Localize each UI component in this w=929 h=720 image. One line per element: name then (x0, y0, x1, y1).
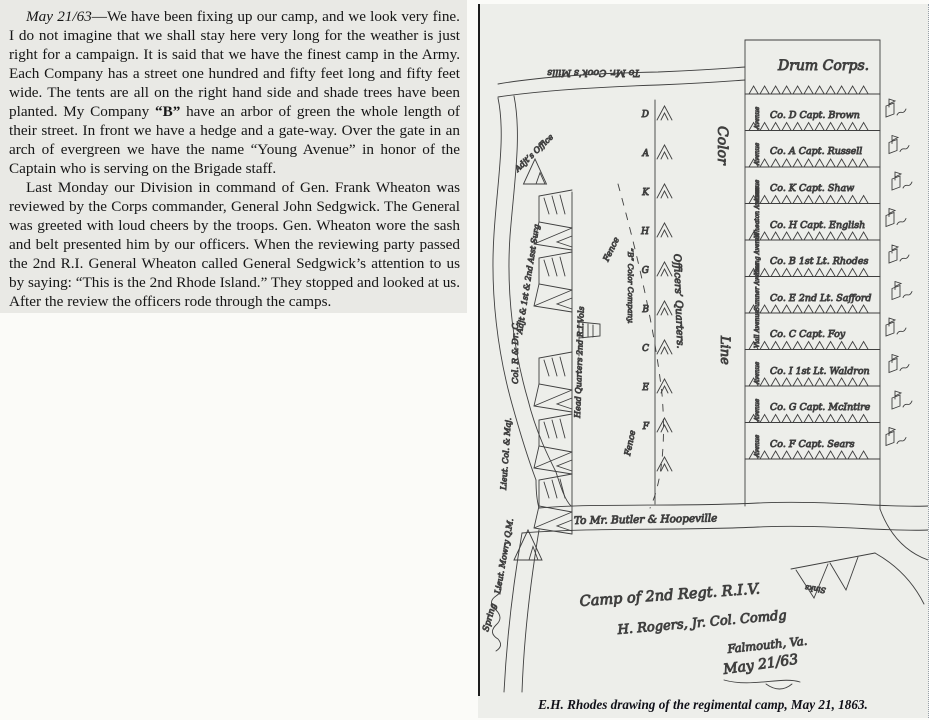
company-row-name: Co. I 1st Lt. Waldron (770, 366, 870, 377)
cook-house-icon (892, 391, 912, 409)
road-to-butler (504, 472, 928, 692)
avenue-label: Sumner Avenue (754, 262, 761, 311)
scanned-book-page: { "article": { "p1_lead": "May 21/63", "… (0, 0, 929, 720)
cook-house-icon (886, 209, 906, 227)
cook-house-icon (886, 318, 906, 336)
tent-row-icon (749, 159, 868, 167)
tent-row-icon (749, 196, 868, 204)
officer-tent-icon (657, 457, 672, 471)
tent-row-icon (749, 342, 868, 350)
company-table (745, 40, 928, 604)
diary-date: May 21/63 (26, 8, 92, 25)
wall-tent-door (557, 520, 572, 531)
officer-tent-icon (657, 418, 672, 432)
officer-tent-icon (657, 340, 672, 354)
company-letter: H (640, 227, 649, 237)
cook-house-icon (889, 355, 909, 373)
signature-flourish (724, 680, 800, 689)
camp-map-drawing: Drum Corps. Color Line “B” Color Company… (478, 4, 928, 694)
company-row-name: Co. E 2nd Lt. Safford (770, 293, 872, 304)
label-color: Color (714, 126, 730, 166)
wall-tent-door (557, 298, 572, 309)
generated-tents (514, 86, 912, 560)
company-row-name: Co. G Capt. McIntire (770, 402, 871, 413)
wall-tent-door (557, 398, 572, 409)
label-b-color-company: “B” Color Company. (626, 248, 635, 324)
label-road-top: To Mr. Cook’s Mills (547, 67, 640, 78)
scan-edge-line (478, 4, 480, 696)
diary-paragraph-2: Last Monday our Division in command of G… (9, 178, 460, 311)
label-quartermaster: Lieut. Mowry Q.M. (493, 518, 515, 596)
officer-tent-icon (657, 379, 672, 393)
wall-tent-gable (534, 506, 572, 534)
wall-tent-hatch (544, 257, 565, 276)
figure-caption: E.H. Rhodes drawing of the regimental ca… (478, 697, 928, 713)
company-letter: C (642, 344, 649, 354)
svg-text:H. Rogers, Jr. Col. Comdg: H. Rogers, Jr. Col. Comdg (616, 608, 787, 638)
label-spring: Spring (481, 602, 499, 633)
label-drum-corps: Drum Corps. (777, 58, 869, 74)
label-fence-upper: Fence (601, 236, 622, 264)
wall-tent-door (557, 460, 572, 471)
wall-tent-gable (534, 384, 572, 412)
wall-tent-gable (534, 284, 572, 312)
company-row-name: Co. H Capt. English (770, 220, 865, 231)
label-headquarters: Head Quarters 2nd R.I.Vols (573, 306, 586, 419)
officer-tent-icon (657, 184, 672, 198)
label-officers-quarters: Officers’ Quarters. (671, 254, 685, 349)
company-row-name: Co. C Capt. Foy (770, 329, 846, 340)
diary-paragraph-1: May 21/63—We have been fixing up our cam… (9, 7, 460, 178)
company-letter: B (641, 305, 649, 315)
avenue-label: Viall Avenue (754, 310, 761, 348)
label-lt-col: Lieut. Col. & Maj. (499, 417, 513, 491)
company-row-name: Co. A Capt. Russell (770, 146, 862, 157)
svg-text:Camp of 2nd Regt. R.I.V.: Camp of 2nd Regt. R.I.V. (579, 581, 760, 610)
company-letter: D (641, 110, 649, 120)
camp-drawing-panel: Drum Corps. Color Line “B” Color Company… (478, 4, 929, 718)
company-letter: A (642, 149, 650, 159)
signature-block: Camp of 2nd Regt. R.I.V. H. Rogers, Jr. … (579, 581, 808, 689)
avenue-label: Avenue (754, 361, 761, 385)
label-fence-lower: Fence (623, 429, 638, 457)
avenue-label: Avenue (754, 106, 761, 130)
cook-house-icon (892, 172, 912, 190)
company-letter: E (641, 383, 649, 393)
company-row-name: Co. B 1st Lt. Rhodes (770, 256, 868, 267)
label-sinks: Sinks (804, 583, 826, 595)
sinks-shape (791, 553, 875, 598)
officer-tent-icon (657, 223, 672, 237)
tent-row-icon (749, 86, 868, 94)
cook-house-icon (886, 428, 906, 446)
cook-house-icon (886, 99, 906, 117)
company-letter: F (642, 422, 650, 432)
tent-row-icon (749, 415, 868, 423)
label-line: Line (717, 335, 732, 365)
label-adjt-office: Adjt’s Office (512, 132, 555, 174)
company-row-name: Co. D Capt. Brown (770, 110, 860, 121)
cook-house-icon (892, 282, 912, 300)
wall-tent-hatch (544, 419, 565, 438)
tent-row-icon (749, 123, 868, 131)
company-row-name: Co. K Capt. Shaw (770, 183, 854, 194)
tent-row-icon (749, 269, 868, 277)
company-letter: K (641, 188, 650, 198)
diary-text-block: May 21/63—We have been fixing up our cam… (0, 0, 467, 313)
avenue-label: Avenue (754, 434, 761, 458)
tent-row-icon (749, 305, 868, 313)
officer-tent-icon (657, 301, 672, 315)
avenue-label: Avenue (754, 398, 761, 422)
svg-text:May 21/63: May 21/63 (721, 652, 799, 678)
company-row-name: Co. F Capt. Sears (770, 439, 855, 450)
wall-tent-hatch (544, 357, 565, 376)
label-staff-tents: Adjt & 1st & 2nd Asst Surg (515, 224, 541, 336)
tent-row-icon (749, 232, 868, 240)
officer-tent-icon (657, 262, 672, 276)
officer-tent-icon (657, 106, 672, 120)
label-road-bottom: To Mr. Butler & Hoopeville (574, 512, 718, 527)
tent-row-icon (749, 451, 868, 459)
cook-house-icon (889, 245, 909, 263)
tent-row-icon (749, 378, 868, 386)
company-letter: G (642, 266, 649, 276)
avenue-label: Wheaton Avenue (754, 186, 761, 238)
cook-house-icon (889, 136, 909, 154)
officer-tent-icon (657, 145, 672, 159)
wall-tent-door (557, 236, 572, 247)
wall-tent-hatch (544, 195, 565, 214)
avenue-label: Avenue (754, 142, 761, 166)
label-colonel: Col. R & Dr. C. (511, 321, 521, 384)
wall-tent-gable (534, 446, 572, 474)
